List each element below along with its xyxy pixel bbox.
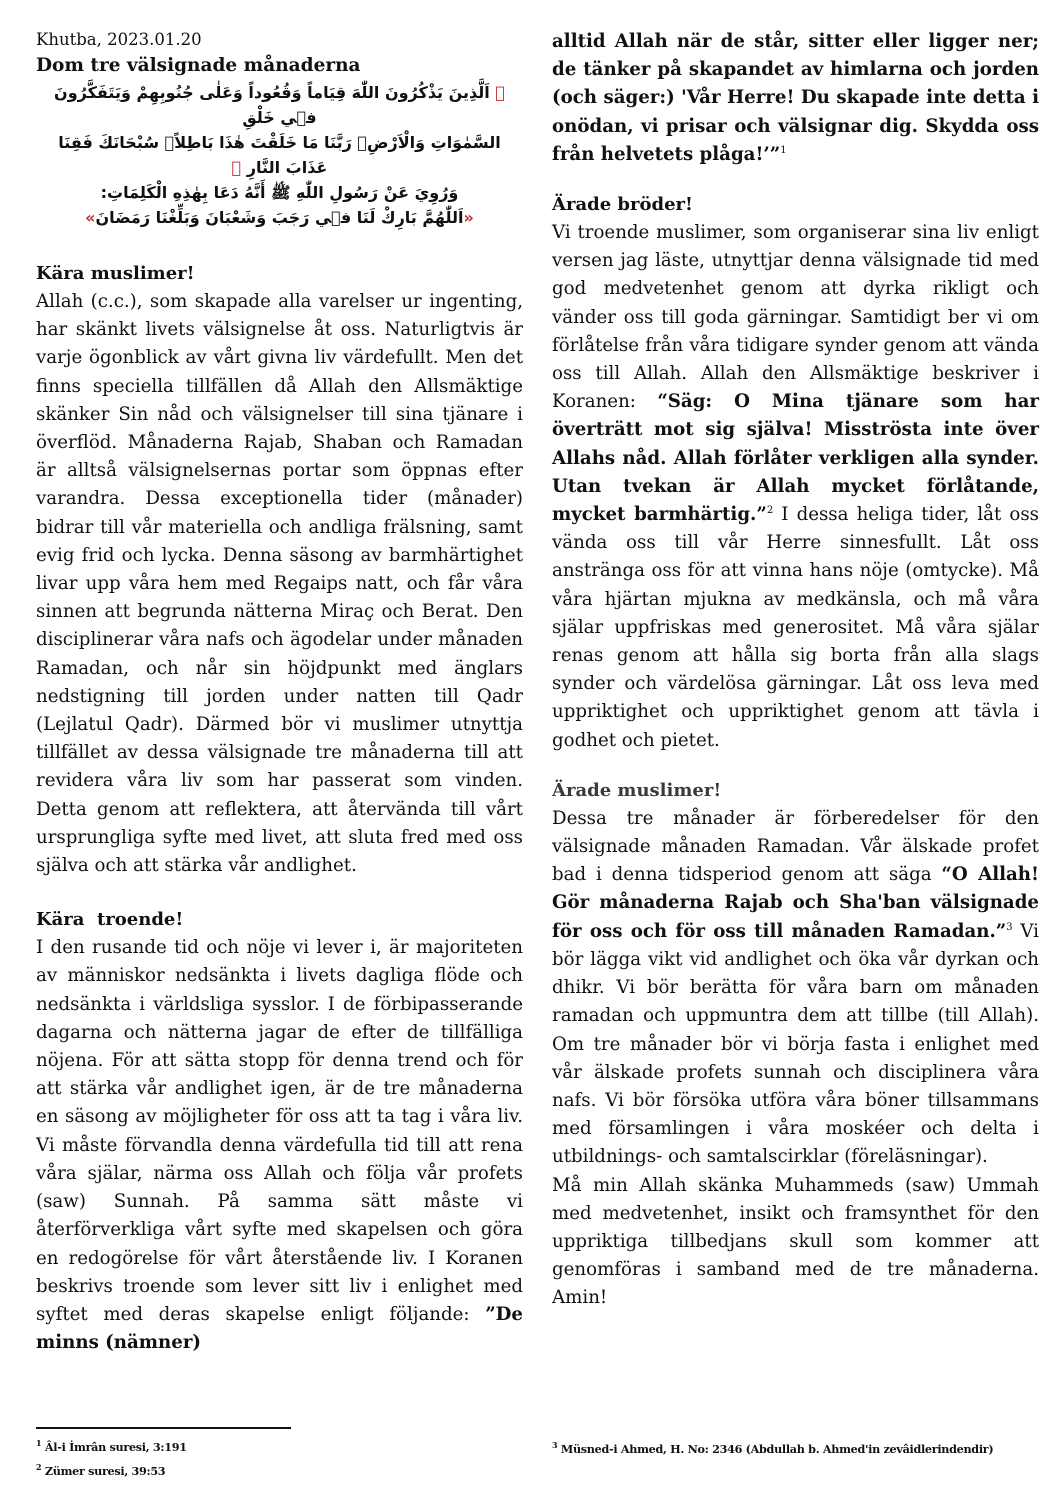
verse-text-1: اَلَّذِينَ يَذْكُرُونَ اللّٰهَ قِيَاماً …: [54, 83, 490, 127]
section-body-1: Allah (c.c.), som skapade alla varelser …: [36, 288, 523, 880]
arabic-hadith-intro: وَرُوِيَ عَنْ رَسُولِ اللّٰهِ ﷺ أَنَّهُ …: [36, 180, 523, 205]
section-heading-arade-muslimer: Ärade muslimer!: [552, 777, 1039, 805]
left-column: Khutba, 2023.01.20 Dom tre välsignade må…: [36, 28, 523, 1357]
hadith-quote-open: «: [464, 208, 474, 227]
section-body-4: Dessa tre månader är förberedelser för d…: [552, 805, 1039, 1172]
section-body-3-before: Vi troende muslimer, som organiserar sin…: [552, 222, 1039, 412]
verse-text-2: السَّمٰوَاتِ وَالْاَرْضِۚ رَبَّنَا مَا خ…: [58, 133, 500, 177]
hadith-text: اَللّٰهُمَّ بَارِكْ لَنَا ف۪ي رَجَبَ وَش…: [95, 208, 463, 227]
section-body-4-after: Vi bör lägga vikt vid andlighet och öka …: [552, 921, 1039, 1168]
footnote-text: Âl-i İmrân suresi, 3:191: [45, 1440, 187, 1454]
arabic-verse-line-1: ﴿ اَلَّذِينَ يَذْكُرُونَ اللّٰهَ قِيَاما…: [36, 80, 523, 130]
section-heading-kara-troende: Kära troende!: [36, 906, 523, 934]
footnote-ref-1[interactable]: 1: [780, 145, 786, 156]
footnote-number: 2: [36, 1462, 41, 1472]
footnote-number: 1: [36, 1438, 41, 1448]
section-body-3-after: I dessa heliga tider, låt oss vända oss …: [552, 504, 1039, 751]
footnote-text: Müsned-i Ahmed, H. No: 2346 (Abdullah b.…: [561, 1442, 993, 1456]
verse-bracket-close: ﴾: [232, 158, 242, 177]
footnote-text: Zümer suresi, 39:53: [45, 1464, 165, 1478]
arabic-hadith: «اَللّٰهُمَّ بَارِكْ لَنَا ف۪ي رَجَبَ وَ…: [36, 205, 523, 230]
spacer: [552, 755, 1039, 777]
section-heading-kara-muslimer: Kära muslimer!: [36, 260, 523, 288]
footnote-2: 2 Zümer suresi, 39:53: [36, 1459, 165, 1483]
hadith-quote-close: »: [85, 208, 95, 227]
right-column: alltid Allah när de står, sitter eller l…: [552, 28, 1039, 1313]
arabic-verse-line-2: السَّمٰوَاتِ وَالْاَرْضِۚ رَبَّنَا مَا خ…: [36, 130, 523, 180]
footnote-1: 1 Âl-i İmrân suresi, 3:191: [36, 1435, 187, 1459]
page-title: Dom tre välsignade månaderna: [36, 54, 523, 78]
footnote-3: 3 Müsned-i Ahmed, H. No: 2346 (Abdullah …: [552, 1437, 993, 1461]
quran-quote-text: alltid Allah när de står, sitter eller l…: [552, 31, 1039, 165]
spacer: [36, 880, 523, 906]
footnote-divider: [36, 1427, 291, 1429]
khutba-page: Khutba, 2023.01.20 Dom tre välsignade må…: [0, 0, 1058, 1497]
date-line: Khutba, 2023.01.20: [36, 28, 523, 52]
quran-quote-continuation: alltid Allah när de står, sitter eller l…: [552, 28, 1039, 169]
arabic-verse-block: ﴿ اَلَّذِينَ يَذْكُرُونَ اللّٰهَ قِيَاما…: [36, 80, 523, 230]
spacer: [552, 169, 1039, 191]
section-body-2-text: I den rusande tid och nöje vi lever i, ä…: [36, 937, 523, 1325]
footnote-number: 3: [552, 1440, 557, 1450]
spacer: [36, 230, 523, 260]
verse-bracket-open: ﴿: [495, 83, 505, 102]
section-heading-arade-broder: Ärade bröder!: [552, 191, 1039, 219]
section-body-3: Vi troende muslimer, som organiserar sin…: [552, 219, 1039, 755]
section-body-2: I den rusande tid och nöje vi lever i, ä…: [36, 934, 523, 1357]
closing-prayer: Må min Allah skänka Muhammeds (saw) Umma…: [552, 1172, 1039, 1313]
